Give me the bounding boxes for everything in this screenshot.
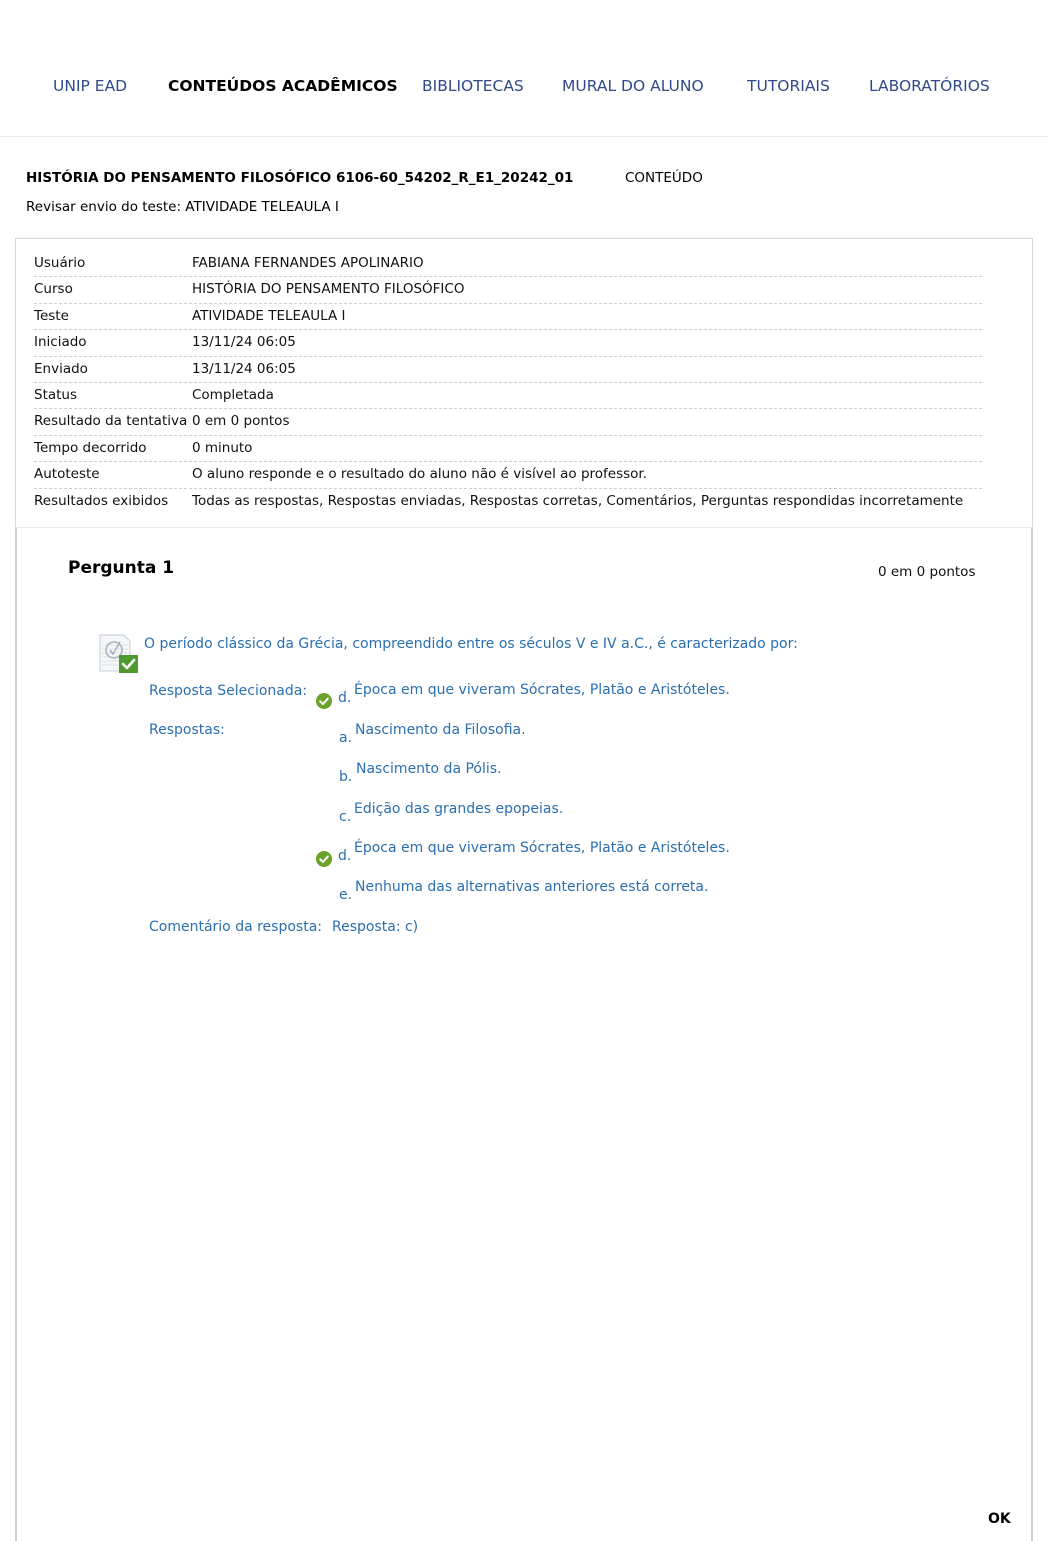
info-label: Resultados exibidos — [34, 493, 168, 509]
info-value: Todas as respostas, Respostas enviadas, … — [192, 493, 963, 509]
answer-d-text: Época em que viveram Sócrates, Platão e … — [354, 840, 730, 856]
info-row: StatusCompletada — [34, 383, 982, 409]
info-label: Autoteste — [34, 466, 100, 482]
comment-text: Resposta: c) — [332, 919, 418, 935]
info-label: Status — [34, 387, 77, 403]
nav-item-unip-ead[interactable]: UNIP EAD — [53, 77, 127, 95]
correct-question-icon — [98, 633, 140, 675]
selected-answer-label: Resposta Selecionada: — [149, 683, 307, 699]
info-row: Iniciado13/11/24 06:05 — [34, 330, 982, 356]
info-row: TesteATIVIDADE TELEAULA I — [34, 304, 982, 330]
info-row: AutotesteO aluno responde e o resultado … — [34, 462, 982, 488]
info-value: FABIANA FERNANDES APOLINARIO — [192, 255, 424, 271]
selected-answer-text: Época em que viveram Sócrates, Platão e … — [354, 682, 730, 698]
correct-check-icon — [316, 851, 332, 867]
nav-item-bibliotecas[interactable]: BIBLIOTECAS — [422, 77, 524, 95]
attempt-info-table: UsuárioFABIANA FERNANDES APOLINARIOCurso… — [34, 251, 982, 515]
correct-check-icon — [316, 693, 332, 709]
nav-item-laboratorios[interactable]: LABORATÓRIOS — [869, 77, 990, 95]
answer-b-text: Nascimento da Pólis. — [356, 761, 502, 777]
answer-d-letter: d. — [338, 848, 351, 864]
ok-button[interactable]: OK — [988, 1511, 1011, 1527]
info-value: HISTÓRIA DO PENSAMENTO FILOSÓFICO — [192, 281, 464, 297]
breadcrumb-section[interactable]: CONTEÚDO — [625, 170, 703, 186]
question-text: O período clássico da Grécia, compreendi… — [144, 636, 798, 652]
info-label: Usuário — [34, 255, 85, 271]
answer-c-text: Edição das grandes epopeias. — [354, 801, 563, 817]
answer-a-letter: a. — [339, 730, 352, 746]
info-label: Iniciado — [34, 334, 87, 350]
info-row: Enviado13/11/24 06:05 — [34, 357, 982, 383]
info-value: 13/11/24 06:05 — [192, 361, 296, 377]
top-navigation: UNIP EAD CONTEÚDOS ACADÊMICOS BIBLIOTECA… — [0, 0, 1048, 137]
breadcrumb-course[interactable]: HISTÓRIA DO PENSAMENTO FILOSÓFICO 6106-6… — [26, 170, 573, 186]
info-label: Curso — [34, 281, 73, 297]
comment-label: Comentário da resposta: — [149, 919, 322, 935]
info-label: Tempo decorrido — [34, 440, 147, 456]
attempt-info-panel: UsuárioFABIANA FERNANDES APOLINARIOCurso… — [15, 238, 1033, 528]
info-label: Enviado — [34, 361, 88, 377]
nav-item-tutoriais[interactable]: TUTORIAIS — [747, 77, 830, 95]
info-value: ATIVIDADE TELEAULA I — [192, 308, 346, 324]
question-frame — [15, 528, 1033, 1541]
question-points: 0 em 0 pontos — [878, 564, 975, 580]
info-row: UsuárioFABIANA FERNANDES APOLINARIO — [34, 251, 982, 277]
info-value: Completada — [192, 387, 274, 403]
answer-b-letter: b. — [339, 769, 352, 785]
page-title: Revisar envio do teste: ATIVIDADE TELEAU… — [26, 199, 339, 215]
info-label: Teste — [34, 308, 69, 324]
info-row: Resultado da tentativa0 em 0 pontos — [34, 409, 982, 435]
selected-answer-letter: d. — [338, 690, 351, 706]
info-row: CursoHISTÓRIA DO PENSAMENTO FILOSÓFICO — [34, 277, 982, 303]
answers-label: Respostas: — [149, 722, 225, 738]
nav-item-mural-do-aluno[interactable]: MURAL DO ALUNO — [562, 77, 704, 95]
info-row: Tempo decorrido0 minuto — [34, 436, 982, 462]
question-title: Pergunta 1 — [68, 558, 174, 578]
answer-c-letter: c. — [339, 809, 351, 825]
answer-a-text: Nascimento da Filosofia. — [355, 722, 526, 738]
answer-e-text: Nenhuma das alternativas anteriores está… — [355, 879, 708, 895]
info-value: 0 em 0 pontos — [192, 413, 289, 429]
info-row: Resultados exibidosTodas as respostas, R… — [34, 489, 982, 515]
nav-item-conteudos-academicos[interactable]: CONTEÚDOS ACADÊMICOS — [168, 77, 398, 95]
answer-e-letter: e. — [339, 887, 352, 903]
info-value: 13/11/24 06:05 — [192, 334, 296, 350]
info-value: O aluno responde e o resultado do aluno … — [192, 466, 647, 482]
info-label: Resultado da tentativa — [34, 413, 187, 429]
info-value: 0 minuto — [192, 440, 252, 456]
